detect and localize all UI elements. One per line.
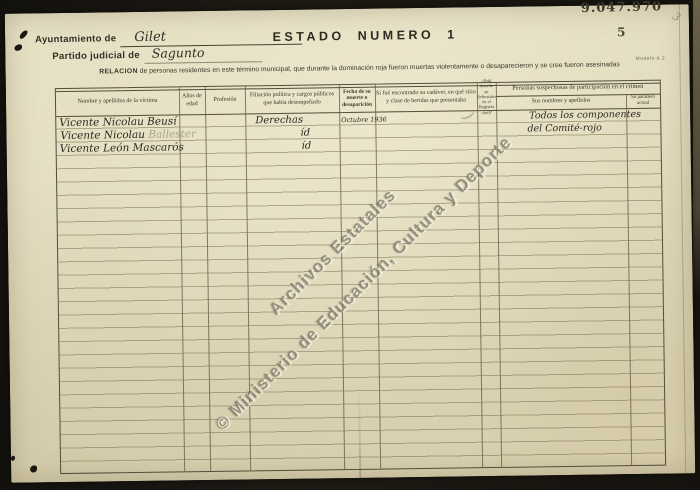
entry-3-victim-name: Vicente León Mascarós bbox=[60, 141, 184, 155]
form-subtitle-lead: RELACION bbox=[99, 68, 138, 76]
entry-2-victim-name: Vicente Nicolau Ballester bbox=[60, 128, 196, 142]
pencil-mark: 3 bbox=[670, 10, 683, 25]
entry-2-victim-name-faded: Ballester bbox=[148, 128, 196, 141]
entry-1-suspects: Todos los componentes bbox=[529, 109, 641, 122]
scanned-document-page: 9.047.970 3 5 Modelo A 2 Ayuntamiento de… bbox=[0, 0, 700, 490]
ruled-lines bbox=[56, 108, 665, 473]
column-header-suspects-group: Personas sospechosas de participación en… bbox=[496, 81, 660, 95]
municipality-label: Ayuntamiento de bbox=[35, 33, 116, 45]
form-title: ESTADO NUMERO 1 bbox=[233, 27, 497, 45]
entry-1-affiliation: Derechas bbox=[255, 114, 303, 126]
form-subtitle-text: de personas residentes en este término m… bbox=[138, 61, 620, 75]
entry-2-suspects: del Comité-rojo bbox=[527, 122, 602, 134]
archive-stamp-number: 9.047.970 bbox=[581, 0, 663, 16]
judicial-district-label: Partido judicial de bbox=[52, 50, 140, 62]
ink-blot bbox=[19, 29, 29, 40]
victims-table: Nombre y apellidos de la víctima Años de… bbox=[55, 80, 666, 474]
adjacent-page-edge bbox=[693, 0, 700, 300]
paper-fold-line bbox=[679, 4, 687, 473]
entry-2-affiliation: íd bbox=[300, 127, 310, 138]
municipality-handwritten-value: Gilet bbox=[120, 30, 166, 46]
judicial-district-rule: Sagunto bbox=[144, 43, 262, 64]
judicial-district-handwritten-value: Sagunto bbox=[144, 45, 205, 61]
form-model-note: Modelo A 2 bbox=[635, 56, 665, 62]
column-header-political-affiliation: Filiación política y cargos públicos que… bbox=[245, 85, 339, 113]
form-paper-sheet: 9.047.970 3 5 Modelo A 2 Ayuntamiento de… bbox=[5, 4, 695, 483]
column-header-body-found: Si fué encontrado su cadáver, en qué sit… bbox=[375, 83, 477, 111]
column-header-profession: Profesión bbox=[205, 86, 245, 114]
entry-2-victim-name-ink: Vicente Nicolau bbox=[60, 129, 148, 142]
entry-1-victim-name: Vicente Nicolau Beusí bbox=[59, 115, 176, 129]
entry-3-affiliation: íd bbox=[302, 140, 312, 151]
entry-1-death-date: Octubre 1936 bbox=[341, 115, 387, 124]
column-header-victim-name: Nombre y apellidos de la víctima bbox=[56, 87, 179, 116]
column-header-civil-registry: ¿Está inscrita su defunción en el Regist… bbox=[477, 83, 496, 110]
page-number: 5 bbox=[617, 25, 626, 39]
column-header-death-date: Fecha de su muerte o desaparición bbox=[339, 85, 375, 113]
ink-blot bbox=[11, 456, 15, 461]
ink-blot bbox=[14, 44, 23, 52]
ink-blot bbox=[30, 465, 37, 472]
column-header-suspects-whereabouts: Su paradero actual bbox=[626, 94, 660, 108]
column-header-age: Años de edad bbox=[179, 87, 205, 114]
judicial-district-field: Partido judicial deSagunto bbox=[52, 43, 262, 65]
